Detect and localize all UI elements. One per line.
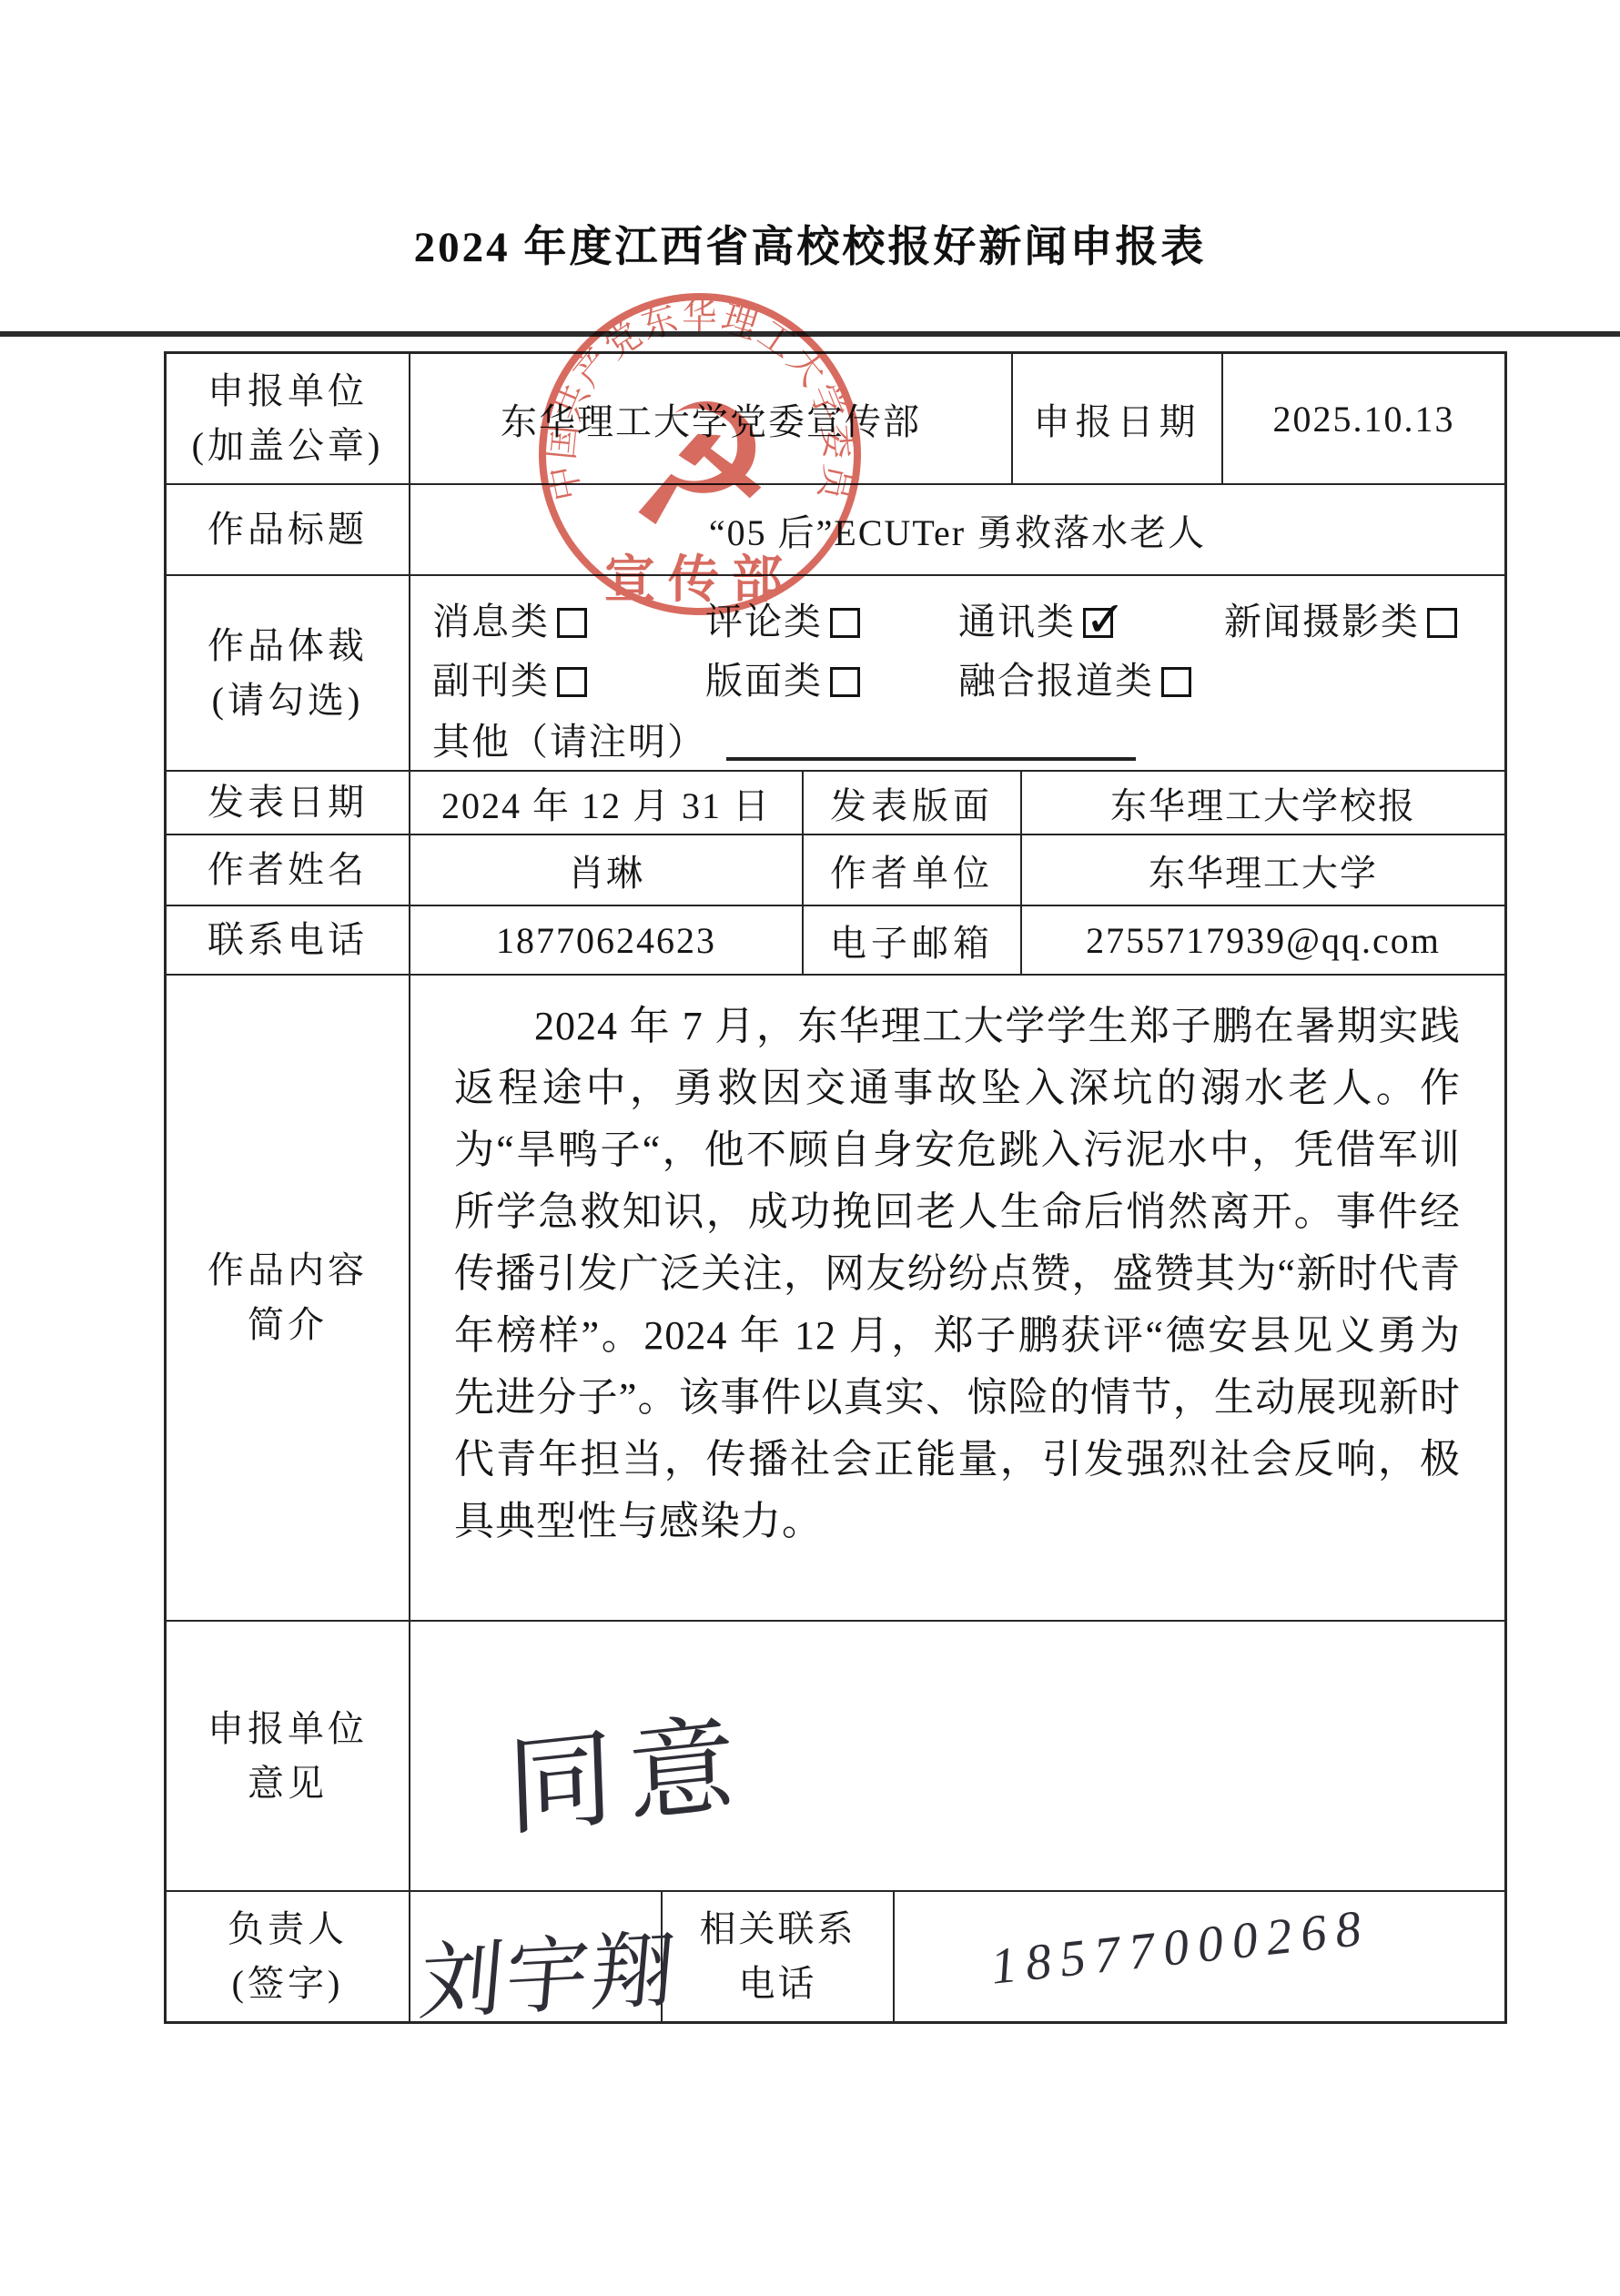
genre-option: 新闻摄影类 [1224, 592, 1504, 645]
responsible-label: 负责人 (签字) [167, 1892, 410, 2021]
checkbox-icon [557, 608, 587, 638]
author-unit-value: 东华理工大学 [1022, 835, 1504, 905]
checkbox-checked-icon [1083, 608, 1113, 638]
genre-options-line2: 副刊类 版面类 融合报道类 [432, 648, 1504, 707]
publish-page-label: 发表版面 [804, 772, 1022, 834]
row-unit-opinion: 申报单位 意见 [167, 1622, 1504, 1892]
author-name-label: 作者姓名 [167, 835, 410, 905]
genre-options: 消息类 评论类 通讯类 新闻摄影类 副刊类 版面类 融合报道类 其他（请注明） [410, 576, 1504, 770]
genre-other-line: 其他（请注明） [432, 707, 1504, 770]
contact-phone-value: 18770624623 [410, 906, 804, 974]
genre-option: 通讯类 [958, 592, 1224, 645]
scanned-form-page: 2024 年度江西省高校校报好新闻申报表 申报单位 (加盖公章) 东华理工大学党… [0, 0, 1620, 2296]
unit-opinion-label: 申报单位 意见 [167, 1622, 410, 1890]
row-declaring-unit: 申报单位 (加盖公章) 东华理工大学党委宣传部 申报日期 2025.10.13 [167, 354, 1504, 485]
genre-option: 版面类 [705, 651, 958, 704]
genre-option: 评论类 [705, 592, 958, 645]
publish-page-value: 东华理工大学校报 [1022, 772, 1504, 834]
genre-options-line1: 消息类 评论类 通讯类 新闻摄影类 [432, 589, 1504, 648]
summary-label: 作品内容 简介 [167, 976, 410, 1620]
genre-other-blank-underline [726, 717, 1136, 761]
work-title-label: 作品标题 [167, 485, 410, 574]
publish-date-value: 2024 年 12 月 31 日 [410, 772, 804, 834]
declare-date-label: 申报日期 [1013, 354, 1223, 483]
application-form-table: 申报单位 (加盖公章) 东华理工大学党委宣传部 申报日期 2025.10.13 … [164, 351, 1507, 2024]
genre-option: 副刊类 [432, 651, 705, 704]
checkbox-icon [1427, 608, 1457, 638]
work-title-value: “05 后”ECUTer 勇救落水老人 [410, 485, 1504, 574]
row-work-title: 作品标题 “05 后”ECUTer 勇救落水老人 [167, 485, 1504, 576]
row-genre: 作品体裁 (请勾选) 消息类 评论类 通讯类 新闻摄影类 副刊类 版面类 融合报… [167, 576, 1504, 772]
author-name-value: 肖琳 [410, 835, 804, 905]
checkbox-icon [557, 667, 587, 697]
declare-date-value: 2025.10.13 [1223, 354, 1504, 483]
genre-label: 作品体裁 (请勾选) [167, 576, 410, 770]
related-phone-label: 相关联系 电话 [663, 1892, 895, 2021]
checkbox-icon [830, 608, 860, 638]
page-title: 2024 年度江西省高校校报好新闻申报表 [0, 213, 1620, 274]
genre-option: 消息类 [432, 592, 705, 645]
summary-paragraph: 2024 年 7 月，东华理工大学学生郑子鹏在暑期实践返程途中，勇救因交通事故坠… [454, 996, 1461, 1553]
email-value: 2755717939@qq.com [1022, 906, 1504, 974]
title-divider-rule [0, 331, 1620, 337]
author-unit-label: 作者单位 [804, 835, 1022, 905]
approval-handwriting: 同意 [504, 1676, 752, 1856]
row-author: 作者姓名 肖琳 作者单位 东华理工大学 [167, 835, 1504, 906]
checkbox-icon [1161, 667, 1191, 697]
contact-phone-label: 联系电话 [167, 906, 410, 974]
row-contact: 联系电话 18770624623 电子邮箱 2755717939@qq.com [167, 906, 1504, 976]
checkbox-icon [830, 667, 860, 697]
signature-handwriting: 刘宇翔 [415, 1902, 682, 2037]
row-publish: 发表日期 2024 年 12 月 31 日 发表版面 东华理工大学校报 [167, 772, 1504, 835]
publish-date-label: 发表日期 [167, 772, 410, 834]
declaring-unit-value: 东华理工大学党委宣传部 [410, 354, 1013, 483]
summary-value: 2024 年 7 月，东华理工大学学生郑子鹏在暑期实践返程途中，勇救因交通事故坠… [410, 976, 1504, 1620]
declaring-unit-label: 申报单位 (加盖公章) [167, 354, 410, 483]
email-label: 电子邮箱 [804, 906, 1022, 974]
genre-other-label: 其他（请注明） [432, 712, 706, 765]
genre-option: 融合报道类 [958, 651, 1224, 704]
row-summary: 作品内容 简介 2024 年 7 月，东华理工大学学生郑子鹏在暑期实践返程途中，… [167, 976, 1504, 1622]
